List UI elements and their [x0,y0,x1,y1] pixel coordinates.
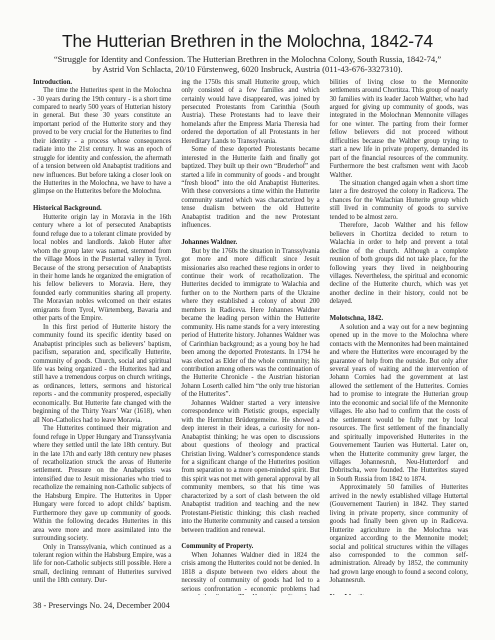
article-body: Introduction.The time the Hutterites spe… [0,75,495,595]
paragraph: Therefore, Jacob Walther and his fellow … [330,222,468,307]
paragraph: Johannes Waldner started a very intensiv… [181,400,319,535]
text-column-2: ing the 1750s this small Hutterite group… [181,79,319,595]
paragraph: The Hutterites continued their migration… [33,425,171,543]
text-column-3: bilities of living close to the Mennonit… [330,79,468,595]
paragraph: When Johannes Waldner died in 1824 the c… [181,552,319,595]
section-heading: Historical Background. [33,205,171,213]
section-heading: Molotschna, 1842. [330,315,468,323]
paragraph: But by the 1760s the situation in Transs… [181,248,319,400]
paragraph: Hutterite origin lay in Moravia in the 1… [33,214,171,324]
document-page: The Hutterian Brethren in the Molochna, … [0,0,495,640]
text-column-1: Introduction.The time the Hutterites spe… [33,79,171,595]
paragraph: ing the 1750s this small Hutterite group… [181,79,319,147]
paragraph: Some of these deported Protestants becam… [181,146,319,231]
paragraph: A solution and a way out for a new begin… [330,324,468,485]
section-heading: Community of Property. [181,543,319,551]
paragraph: Approximately 50 families of Hutterites … [330,484,468,585]
paragraph: bilities of living close to the Mennonit… [330,79,468,180]
paragraph: In this first period of Hutterite histor… [33,324,171,425]
page-footer: 38 - Preservings No. 24, December 2004 [33,601,170,610]
section-heading: Johannes Waldner. [181,239,319,247]
section-heading: Introduction. [33,79,171,87]
article-subtitle-line2: by Astrid Von Schlacta, 20/10 Fürstenweg… [0,65,495,75]
article-title: The Hutterian Brethren in the Molochna, … [0,31,495,52]
paragraph: Only in Transsylvania, which continued a… [33,544,171,586]
paragraph: The time the Hutterites spent in the Mol… [33,87,171,197]
article-header: The Hutterian Brethren in the Molochna, … [0,0,495,75]
paragraph: The situation changed again when a short… [330,180,468,222]
